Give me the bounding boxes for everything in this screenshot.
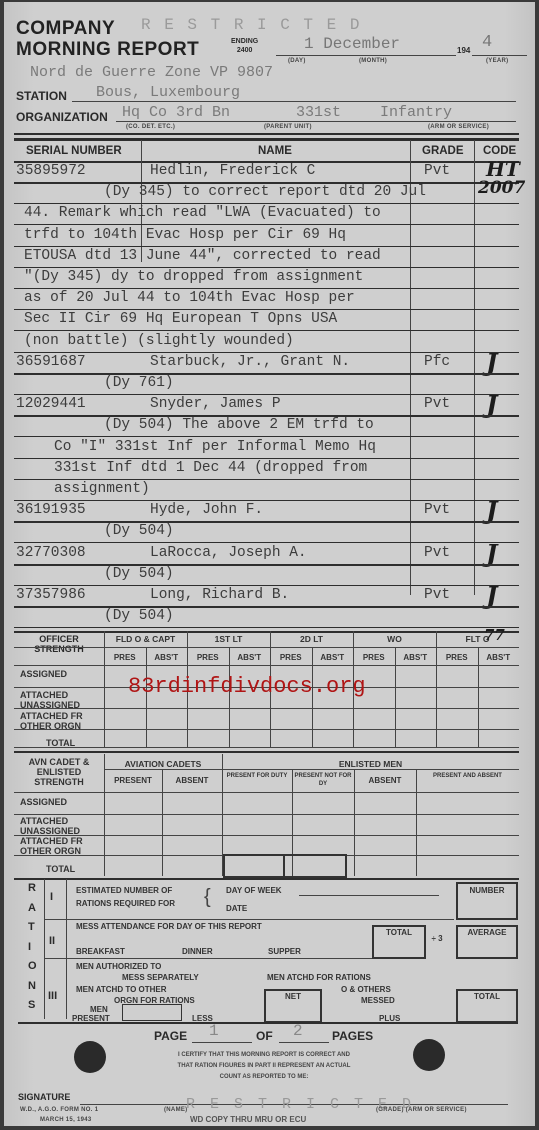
total-present-not-duty-box[interactable] [283, 854, 347, 878]
grade-value: Pvt [424, 587, 450, 603]
rations-side-letter: O [28, 960, 37, 972]
col-serial-number: SERIAL NUMBER [26, 145, 122, 157]
officer-row-label: ASSIGNED [20, 669, 102, 679]
grade-value: Pvt [424, 545, 450, 561]
remark-line: Co "I" 331st Inf per Informal Memo Hq [54, 439, 376, 455]
row-rule [14, 479, 519, 480]
form-title-line1: COMPANY [16, 19, 115, 39]
part1-label2: RATIONS REQUIRED FOR [76, 899, 175, 909]
total-box-part3-label: TOTAL [456, 992, 518, 1001]
page-number: 1 [209, 1022, 219, 1040]
org-caption-arm: (ARM OR SERVICE) [428, 124, 489, 130]
part1-label1: ESTIMATED NUMBER OF [76, 886, 172, 896]
officer-group-header: FLD O & CAPT [104, 634, 187, 644]
organization-label: ORGANIZATION [16, 110, 108, 124]
station-value: Bous, Luxembourg [96, 84, 240, 101]
year-prefix: 194 [457, 46, 470, 55]
enlisted-row-label: ATTACHED UNASSIGNED [20, 816, 102, 836]
row-rule [14, 288, 519, 289]
enlisted-row-label: ATTACHED FR OTHER ORGN [20, 836, 102, 856]
punch-hole-left [74, 1041, 106, 1073]
average-box-label: AVERAGE [456, 928, 518, 937]
soldier-name: LaRocca, Joseph A. [150, 545, 307, 561]
serial-number: 36191935 [16, 502, 86, 518]
col-code: CODE [483, 145, 516, 157]
grade-value: Pvt [424, 163, 450, 179]
soldier-name: Hedlin, Frederick C [150, 163, 315, 179]
remark-line: (non battle) (slightly wounded) [24, 333, 294, 349]
rations-side-letter: T [28, 921, 35, 933]
remark-line: (Dy 504) The above 2 EM trfd to [104, 417, 374, 433]
rations-side-letter: A [28, 902, 36, 914]
soldier-name: Starbuck, Jr., Grant N. [150, 354, 350, 370]
total-present-duty-box[interactable] [223, 854, 285, 878]
enlisted-strength-title: AVN CADET & ENLISTED STRENGTH [14, 757, 104, 787]
enlisted-col-header: PRESENT FOR DUTY [222, 772, 292, 780]
remark-line: (Dy 504) [104, 523, 174, 539]
remark-line: as of 20 Jul 44 to 104th Evac Hosp per [24, 290, 355, 306]
year-caption: (YEAR) [486, 58, 508, 64]
officer-group-header: 1ST LT [187, 634, 270, 644]
row-rule [14, 330, 519, 331]
row-rule [14, 627, 519, 628]
part-2-numeral: II [49, 935, 55, 947]
men-present-box[interactable] [122, 1004, 182, 1021]
rations-other1-label: MEN ATCHD TO OTHER [76, 985, 167, 995]
officer-subcol-header: PRES [436, 653, 478, 662]
remark-line: "(Dy 345) dy to dropped from assignment [24, 269, 363, 285]
serial-number: 37357986 [16, 587, 86, 603]
enlisted-col-header: PRESENT NOT FOR DY [292, 772, 354, 788]
divide-by-three: ÷ 3 [429, 934, 445, 944]
of-label: OF [256, 1029, 273, 1043]
morning-report-form: COMPANY MORNING REPORT R E S T R I C T E… [4, 2, 535, 1126]
row-rule [14, 606, 519, 608]
rations-atchd-rations-label: MEN ATCHD FOR RATIONS [267, 973, 371, 983]
watermark: 83rdinfdivdocs.org [128, 674, 366, 699]
remark-line: (Dy 761) [104, 375, 174, 391]
officer-subcol-header: PRES [104, 653, 146, 662]
row-rule [14, 458, 519, 459]
remark-line: (Dy 504) [104, 608, 174, 624]
supper-label: SUPPER [268, 947, 301, 957]
day-of-week-label: DAY OF WEEK [226, 886, 282, 896]
grade-caption: (GRADE) (ARM OR SERVICE) [376, 1107, 467, 1113]
certification-text: I CERTIFY THAT THIS MORNING REPORT IS CO… [114, 1050, 414, 1083]
day-of-week-field[interactable] [299, 895, 439, 896]
rations-auth1-label: MEN AUTHORIZED TO [76, 962, 161, 972]
rations-others2-label: MESSED [361, 996, 395, 1006]
part-1-numeral: I [50, 891, 53, 903]
remark-line: assignment) [54, 481, 150, 497]
number-box-label: NUMBER [456, 886, 518, 895]
report-date: 1 December [304, 35, 400, 53]
row-rule [14, 203, 519, 204]
month-caption: (MONTH) [359, 58, 387, 64]
row-rule [14, 373, 519, 375]
rations-side-letter: S [28, 999, 35, 1011]
enlisted-row-label: ASSIGNED [20, 797, 102, 807]
form-date: MARCH 15, 1943 [40, 1117, 92, 1123]
handwritten-mark: 77 [484, 626, 505, 644]
remark-line: Sec II Cir 69 Hq European T Opns USA [24, 311, 337, 327]
row-rule [14, 246, 519, 247]
aviation-cadets-header: AVIATION CADETS [104, 759, 222, 769]
officer-subcol-header: ABS'T [146, 653, 188, 662]
serial-number: 12029441 [16, 396, 86, 412]
row-rule [14, 436, 519, 437]
enlisted-men-header: ENLISTED MEN [222, 759, 519, 769]
officer-subcol-header: ABS'T [229, 653, 271, 662]
part-3-numeral: III [48, 990, 57, 1002]
row-rule [14, 564, 519, 566]
col-grade: GRADE [422, 145, 464, 157]
soldier-name: Long, Richard B. [150, 587, 289, 603]
row-rule [14, 394, 519, 395]
remark-line: ETOUSA dtd 13 June 44", corrected to rea… [24, 248, 381, 264]
location-note: Nord de Guerre Zone VP 9807 [30, 64, 273, 81]
enlisted-col-header: ABSENT [354, 777, 416, 785]
officer-subcol-header: PRES [353, 653, 395, 662]
officer-group-header: FLT O [436, 634, 519, 644]
copy-note: WD COPY THRU MRU OR ECU [190, 1115, 306, 1124]
row-rule [14, 521, 519, 523]
ending-text: ENDING [231, 37, 258, 46]
mess-attendance-label: MESS ATTENDANCE FOR DAY OF THIS REPORT [76, 922, 262, 932]
row-rule [14, 309, 519, 310]
serial-number: 32770308 [16, 545, 86, 561]
row-rule [14, 352, 519, 353]
form-id: W.D., A.G.O. FORM NO. 1 [20, 1107, 98, 1113]
ending-label: ENDING 2400 [231, 37, 258, 55]
row-rule [14, 542, 519, 543]
year-digit: 4 [482, 33, 492, 52]
remark-line: 44. Remark which read "LWA (Evacuated) t… [24, 205, 381, 221]
officer-subcol-header: ABS'T [395, 653, 437, 662]
officer-group-header: 2D LT [270, 634, 353, 644]
net-box-label: NET [264, 992, 322, 1001]
certify-line1: I CERTIFY THAT THIS MORNING REPORT IS CO… [114, 1050, 414, 1061]
ending-time: 2400 [231, 46, 258, 55]
officer-subcol-header: ABS'T [312, 653, 354, 662]
soldier-name: Hyde, John F. [150, 502, 263, 518]
rations-auth2-label: MESS SEPARATELY [122, 973, 199, 983]
col-name: NAME [258, 145, 292, 157]
page-label: PAGE [154, 1029, 187, 1043]
soldier-name: Snyder, James P [150, 396, 281, 412]
total-box-label: TOTAL [372, 928, 426, 937]
day-caption: (DAY) [288, 58, 306, 64]
date-label: DATE [226, 904, 247, 914]
enlisted-col-header: ABSENT [162, 777, 222, 785]
dinner-label: DINNER [182, 947, 213, 957]
certify-line2: THAT RATION FIGURES IN PART II REPRESENT… [114, 1061, 414, 1072]
page-total: 2 [293, 1022, 303, 1040]
enlisted-row-label: TOTAL [20, 864, 128, 874]
org-company: Hq Co 3rd Bn [122, 104, 230, 121]
enlisted-col-header: PRESENT AND ABSENT [416, 772, 519, 780]
pages-label: PAGES [332, 1029, 373, 1043]
grade-value: Pvt [424, 396, 450, 412]
serial-number: 35895972 [16, 163, 86, 179]
row-rule [14, 267, 519, 268]
officer-row-label: ATTACHED UNASSIGNED [20, 690, 102, 710]
brace-icon: { [204, 886, 211, 909]
station-label: STATION [16, 89, 67, 103]
org-arm: Infantry [380, 104, 452, 121]
name-caption: (NAME) [164, 1107, 187, 1113]
serial-number: 36591687 [16, 354, 86, 370]
row-rule [14, 585, 519, 586]
form-title-line2: MORNING REPORT [16, 40, 199, 60]
breakfast-label: BREAKFAST [76, 947, 125, 957]
officer-subcol-header: ABS'T [478, 653, 520, 662]
grade-value: Pfc [424, 354, 450, 370]
remark-line: (Dy 504) [104, 566, 174, 582]
officer-group-header: WO [353, 634, 436, 644]
rations-side-letter: I [28, 941, 31, 953]
officer-row-label: TOTAL [20, 738, 128, 748]
org-caption-parent: (PARENT UNIT) [264, 124, 312, 130]
code-value: 2007 [478, 178, 525, 198]
row-rule [14, 500, 519, 501]
org-caption-company: (CO. DET. ETC.) [126, 124, 175, 130]
grade-value: Pvt [424, 502, 450, 518]
punch-hole-right [413, 1039, 445, 1071]
rations-side-letter: R [28, 882, 36, 894]
enlisted-col-header: PRESENT [104, 777, 162, 785]
signature-label: SIGNATURE [18, 1092, 70, 1102]
officer-strength-title: OFFICER STRENGTH [14, 634, 104, 654]
officer-row-label: ATTACHED FR OTHER ORGN [20, 711, 102, 731]
remark-line: 331st Inf dtd 1 Dec 44 (dropped from [54, 460, 367, 476]
officer-subcol-header: PRES [187, 653, 229, 662]
row-rule [14, 224, 519, 225]
officer-subcol-header: PRES [270, 653, 312, 662]
remark-line: trfd to 104th Evac Hosp per Cir 69 Hq [24, 227, 346, 243]
restricted-stamp-top: R E S T R I C T E D [141, 16, 361, 34]
certify-line3: COUNT AS REPORTED TO ME: [114, 1072, 414, 1083]
remark-line: (Dy 345) to correct report dtd 20 Jul [104, 184, 426, 200]
rations-others1-label: O & OTHERS [341, 985, 391, 995]
rations-side-letter: N [28, 980, 36, 992]
org-parent: 331st [296, 104, 341, 121]
